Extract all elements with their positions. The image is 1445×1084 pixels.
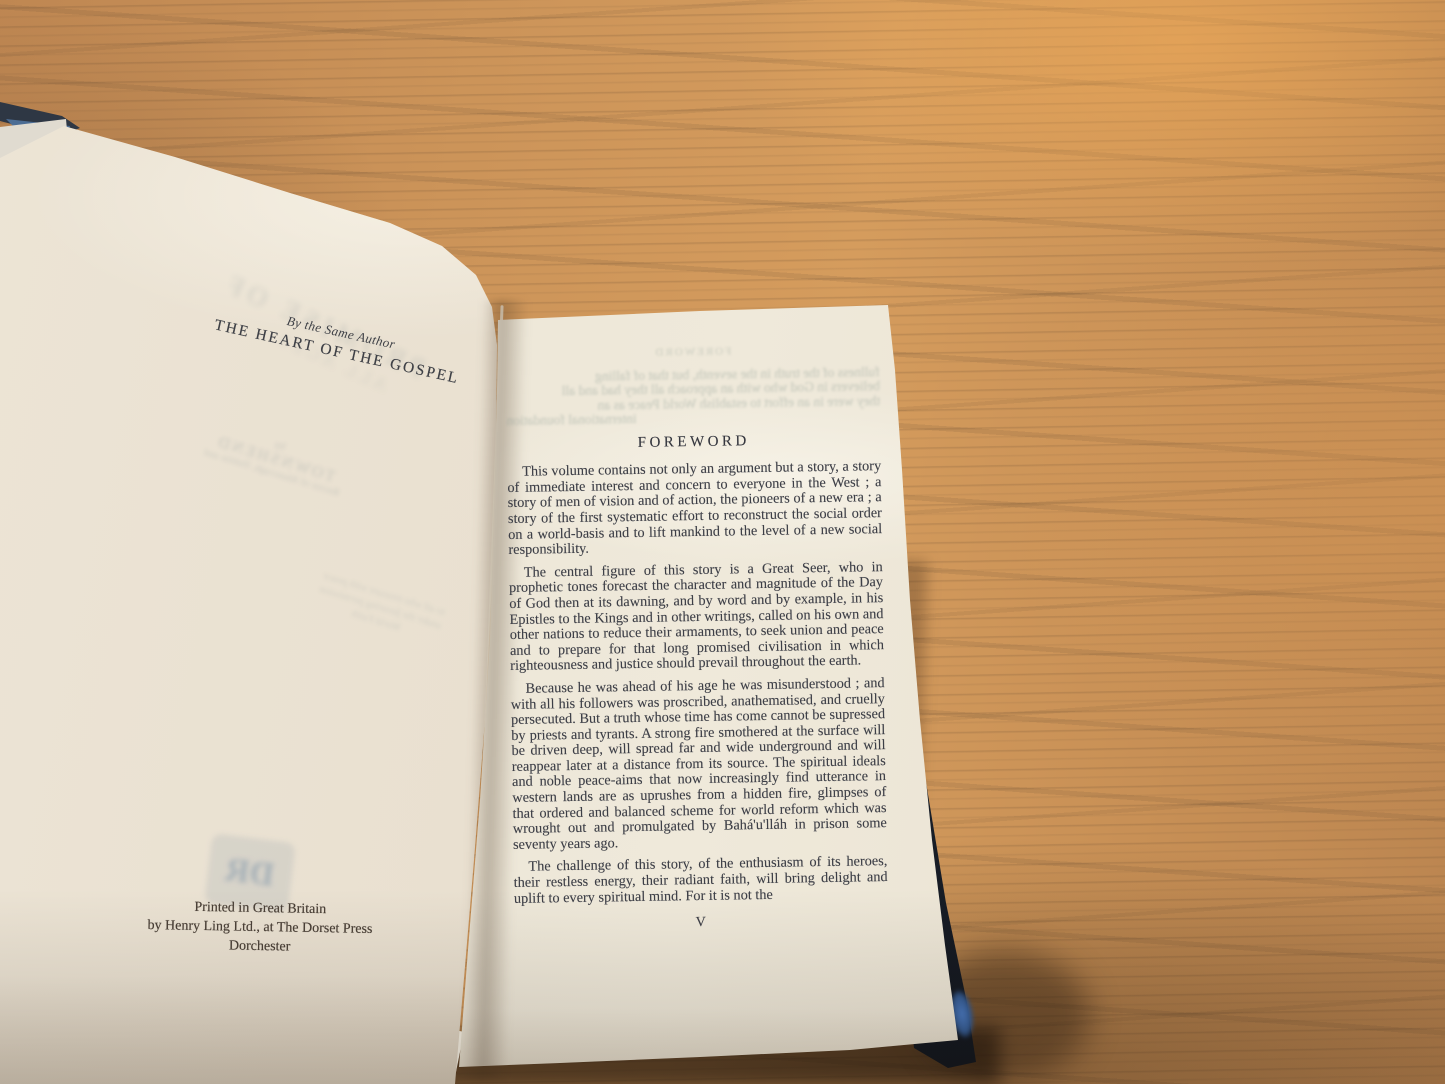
foreword-paragraph: This volume contains not only an argumen… — [507, 459, 882, 558]
foreword-paragraph: The central figure of this story is a Gr… — [509, 560, 885, 675]
foreword-heading: FOREWORD — [507, 432, 881, 453]
foreword-page-content: FOREWORD fullness of the truth in the se… — [505, 326, 888, 934]
foreword-paragraph: Because he was ahead of his age he was m… — [510, 676, 887, 853]
showthrough-text-block: FOREWORD fullness of the truth in the se… — [505, 342, 880, 428]
book-photo: PROMISE OF ALL AGES by TOWNSHEND Rector … — [0, 0, 1445, 1084]
printer-imprint: Printed in Great Britain by Henry Ling L… — [95, 896, 426, 959]
foreword-paragraph: The challenge of this story, of the enth… — [513, 854, 888, 907]
